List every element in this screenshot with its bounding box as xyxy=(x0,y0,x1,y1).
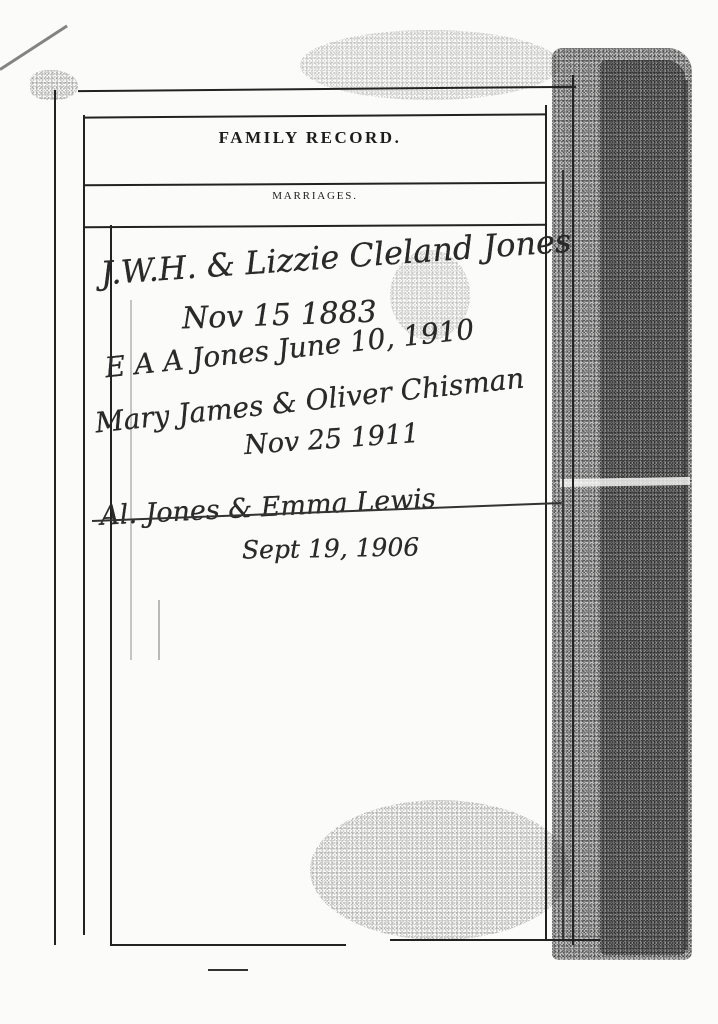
page-title: FAMILY RECORD. xyxy=(190,128,430,148)
handwritten-entry-1-names: J.W.H. & Lizzie Cleland Jones xyxy=(99,222,572,293)
faint-margin-mark-2 xyxy=(158,600,160,660)
toner-smudge-top xyxy=(300,30,560,100)
torn-corner-mark xyxy=(0,25,68,71)
toner-smudge-mid xyxy=(390,250,470,340)
inner-frame-bottom-left xyxy=(110,944,346,946)
outer-border-right xyxy=(572,75,574,945)
page-edge-line xyxy=(684,80,688,950)
handwritten-entry-3-date: Nov 25 1911 xyxy=(243,418,420,461)
scanned-page-edge-shadow xyxy=(600,60,686,955)
title-divider xyxy=(85,182,547,186)
outer-border-left xyxy=(54,90,56,945)
content-left-rule xyxy=(110,225,112,945)
content-right-rule xyxy=(562,170,564,940)
handwritten-entry-4-names: Al. Jones & Emma Lewis xyxy=(99,483,436,532)
inner-frame-top xyxy=(83,113,546,118)
section-heading: MARRIAGES. xyxy=(230,190,400,202)
handwritten-entry-4-date: Sept 19, 1906 xyxy=(242,532,420,564)
inner-frame-left xyxy=(83,115,85,935)
stray-mark xyxy=(208,969,248,971)
toner-smudge-bottom xyxy=(310,800,570,940)
